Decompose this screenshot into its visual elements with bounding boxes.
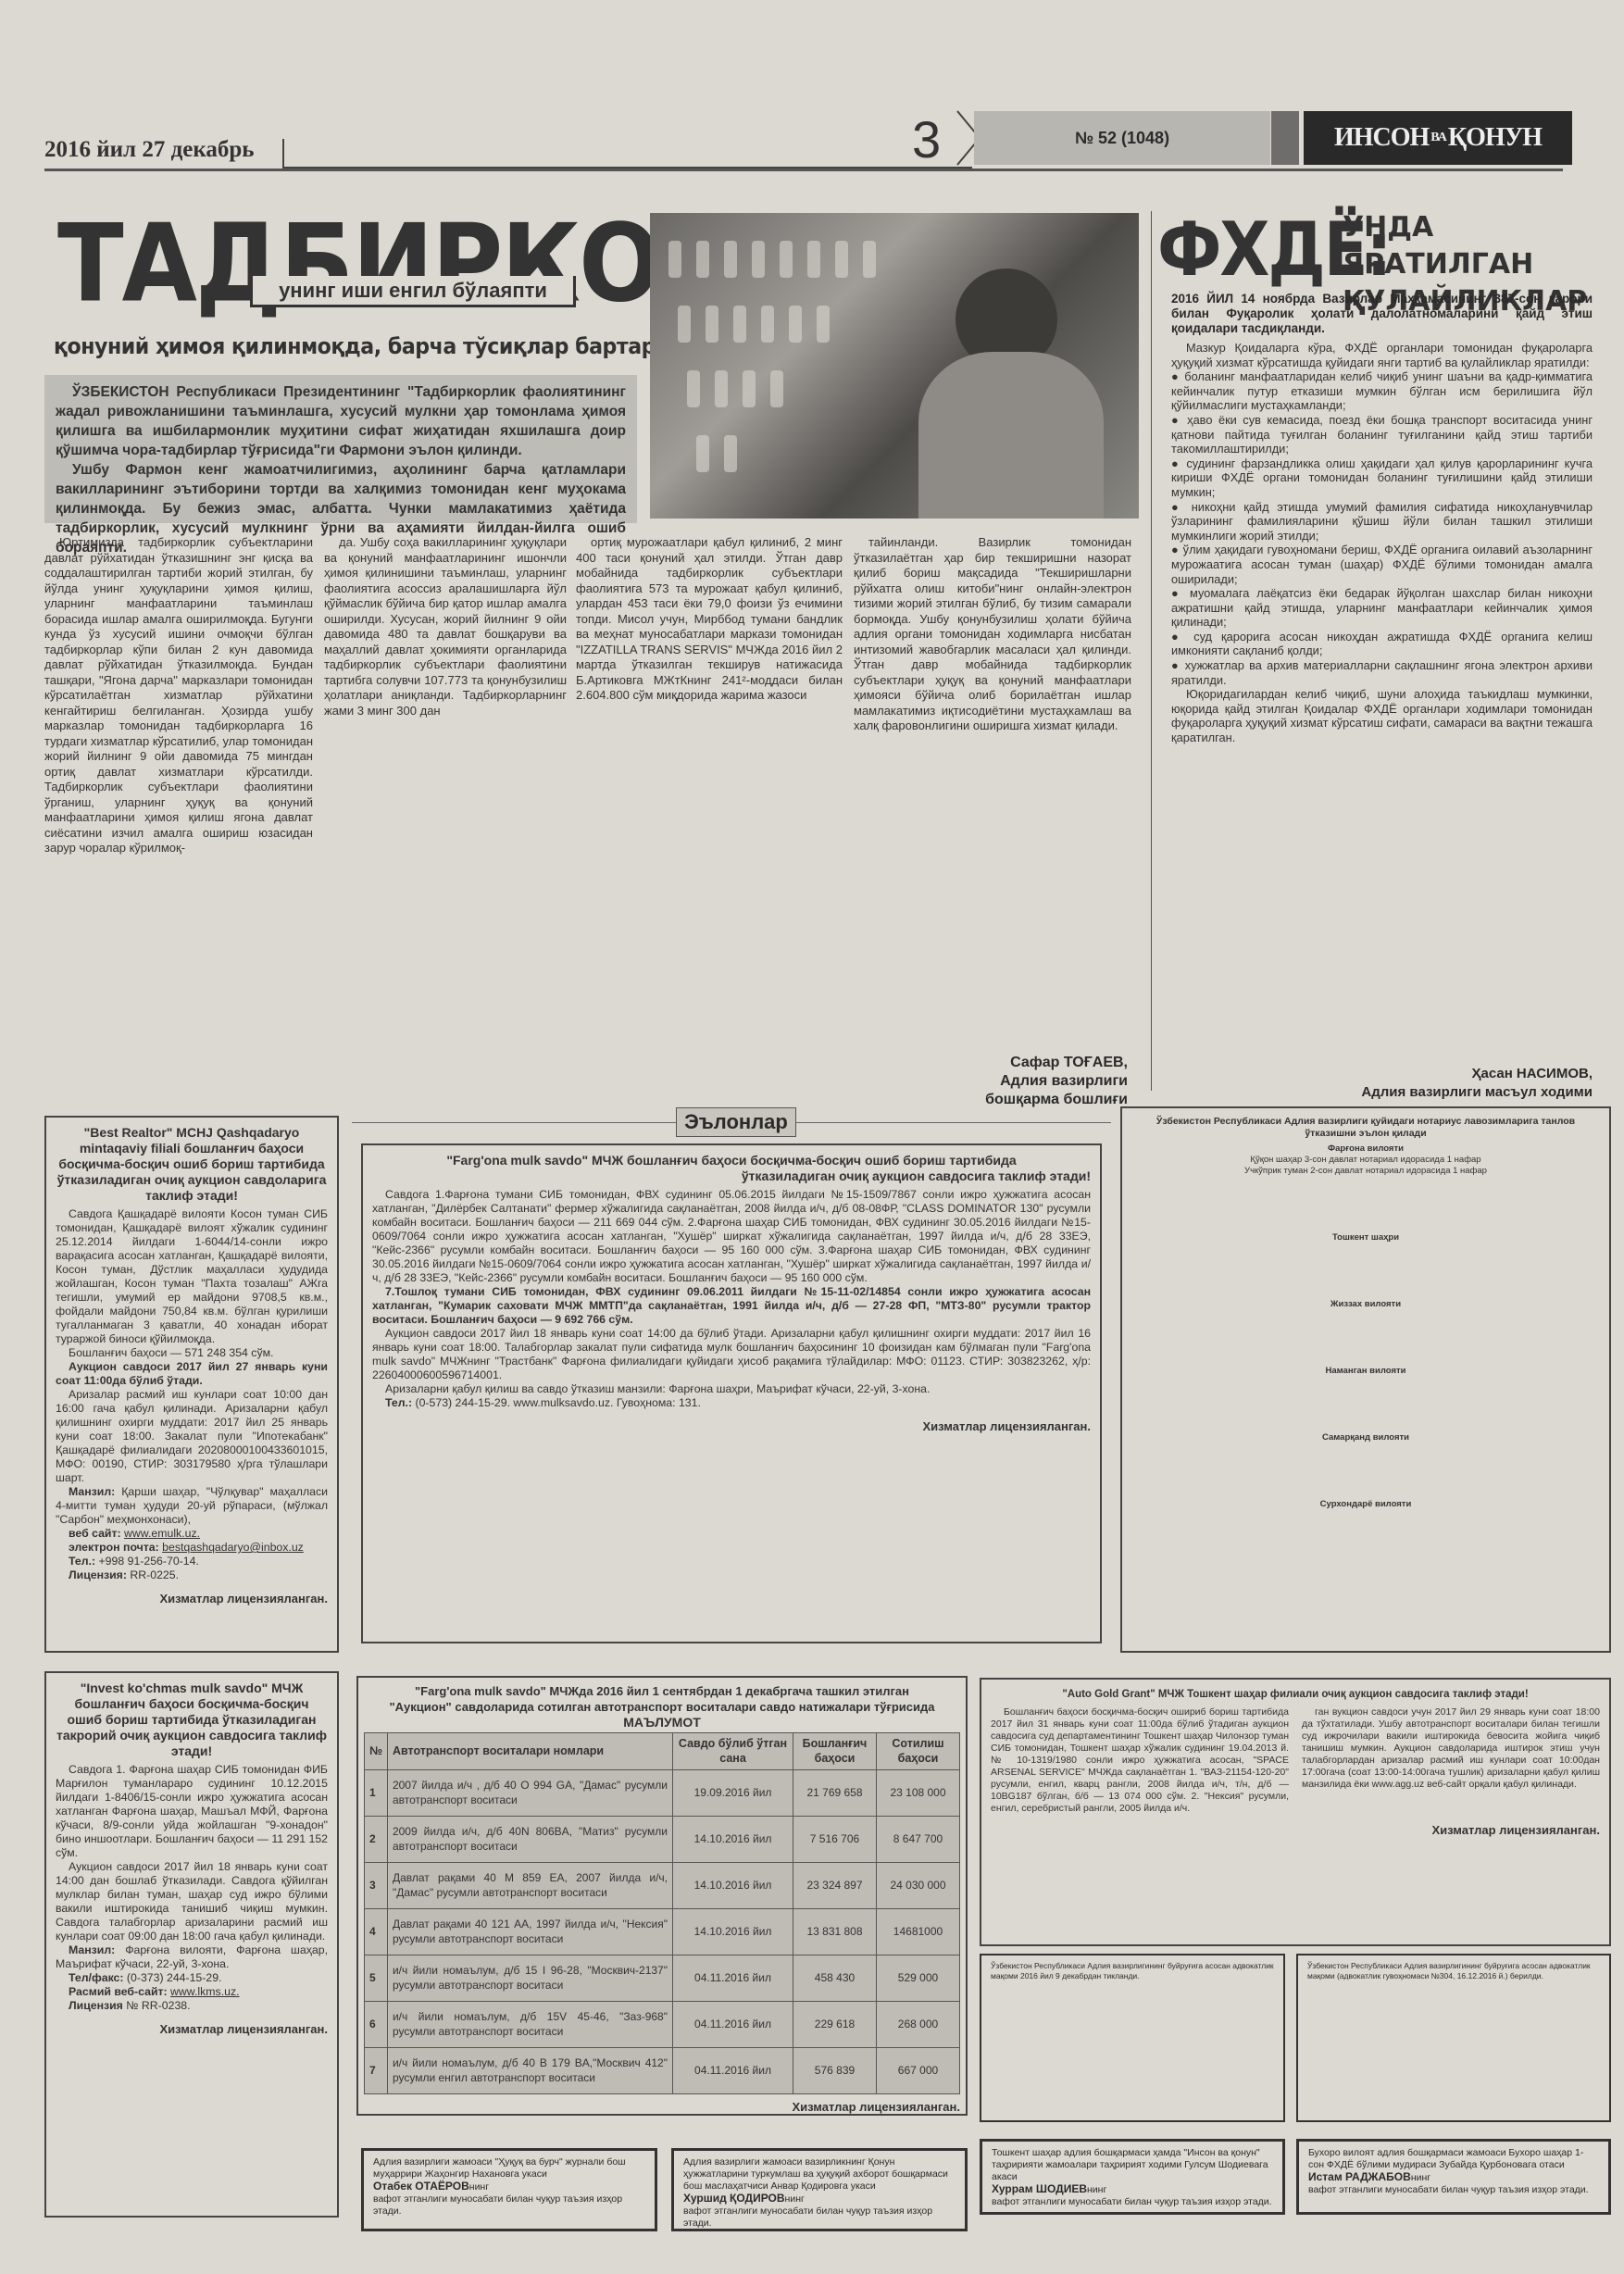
list-item: ● судининг фарзандликка олиш ҳақидаги ҳа… — [1171, 456, 1593, 500]
article-photo-textile-worker — [650, 213, 1139, 519]
table-row: 22009 йилда и/ч, д/б 40N 806BA, "Матиз" … — [365, 1817, 960, 1863]
bullet-text: ҳаво ёки сув кемасида, поезд ёки бошқа т… — [1171, 413, 1593, 456]
region-heading: Сурхондарё вилояти — [1131, 1499, 1600, 1510]
masthead-conjunction: ВА — [1430, 131, 1446, 145]
article-lead: ЎЗБЕКИСТОН Республикаси Президентининг "… — [44, 375, 637, 523]
website-link[interactable]: www.emulk.uz. — [124, 1527, 200, 1540]
masthead-word-1: ИНСОН — [1334, 123, 1429, 153]
column-header: Автотранспорт воситалари номлари — [387, 1733, 672, 1770]
article-subtitle: унинг иши енгил бўлаяпти — [250, 276, 576, 307]
ad-body: Бошланғич баҳоси босқичма-босқич ошириб … — [991, 1706, 1289, 1815]
headline-sub-line-1: УНДА ЯРАТИЛГАН — [1343, 209, 1587, 283]
ad-title: "Farg'ona mulk savdo" МЧЖда 2016 йил 1 с… — [364, 1683, 960, 1699]
table-row: 6и/ч йили номаълум, д/б 15V 45-46, "Заз-… — [365, 2002, 960, 2048]
results-table: № Автотранспорт воситалари номлари Савдо… — [364, 1732, 960, 2094]
side-article-closing: Юқоридагилардан келиб чиқиб, шуни алоҳид… — [1171, 687, 1593, 744]
deceased-name: Отабек ОТАЁРОВ — [373, 2180, 469, 2193]
cell-start-price: 7 516 706 — [793, 1817, 877, 1863]
bullet-icon: ● — [1171, 456, 1186, 470]
condolence-closing: вафот этганлиги муносабати билан чуқур т… — [1308, 2184, 1599, 2196]
cell-name: 2009 йилда и/ч, д/б 40N 806BA, "Матиз" р… — [387, 1817, 672, 1863]
header-bracket-rule — [282, 139, 972, 169]
article-signature: Сафар ТОҒАЕВ, Адлия вазирлиги бошқарма б… — [833, 1054, 1128, 1109]
notary-line: Учкўприк туман 2-сон давлат нотариал идо… — [1131, 1166, 1600, 1177]
ad-price: Бошланғич баҳоси — 571 248 354 сўм. — [56, 1346, 328, 1360]
signature-name: Ҳасан НАСИМОВ, — [1167, 1065, 1593, 1083]
cell-date: 19.09.2016 йил — [673, 1770, 793, 1817]
cell-date: 04.11.2016 йил — [673, 1955, 793, 2002]
ad-body: Савдога Қашқадарё вилояти Косон туман СИ… — [56, 1207, 328, 1346]
region-heading: Наманган вилояти — [1131, 1366, 1600, 1377]
section-rule-right — [796, 1122, 1111, 1123]
table-row: 7и/ч йили номаълум, д/б 40 B 179 BA,"Мос… — [365, 2048, 960, 2094]
region-heading: Фарғона вилояти — [1131, 1143, 1600, 1155]
article-column-4: тайинланди. Вазирлик томонидан ўтказилаё… — [854, 535, 1131, 734]
cell-sold-price: 24 030 000 — [877, 1863, 960, 1909]
ad-notary-competition: Ўзбекистон Республикаси Адлия вазирлиги … — [1120, 1106, 1611, 1653]
column-header: № — [365, 1733, 388, 1770]
header-rule — [44, 169, 1563, 171]
ad-auction-date: Аукцион савдоси 2017 йил 27 январь куни … — [56, 1360, 328, 1388]
license-value: № RR-0238. — [126, 1999, 190, 2012]
notice-advocate-1: Ўзбекистон Республикаси Адлия вазирлигин… — [980, 1954, 1285, 2122]
cell-number: 7 — [365, 2048, 388, 2094]
deceased-name: Хуршид ҚОДИРОВ — [683, 2192, 785, 2205]
article-column-1: Юртимизда тадбиркорлик субъектларини дав… — [44, 535, 313, 856]
name-suffix: нинг — [785, 2193, 805, 2205]
column-header: Бошланғич баҳоси — [793, 1733, 877, 1770]
region-heading: Жиззах вилояти — [1131, 1299, 1600, 1310]
column-2-text: да. Ушбу соҳа вакилларининг ҳуқуқлари ва… — [324, 535, 567, 718]
issue-date: 2016 йил 27 декабрь — [44, 137, 254, 163]
list-item: ● хужжатлар ва архив материалларни сақла… — [1171, 658, 1593, 687]
side-article-signature: Ҳасан НАСИМОВ, Адлия вазирлиги масъул хо… — [1167, 1065, 1593, 1102]
list-item: ● ҳаво ёки сув кемасида, поезд ёки бошқа… — [1171, 413, 1593, 456]
list-item: ● боланинг манфаатларидан келиб чиқиб ун… — [1171, 369, 1593, 413]
bullet-icon: ● — [1171, 500, 1192, 514]
masthead-word-2: ҚОНУН — [1448, 123, 1542, 153]
web-label: Расмий веб-сайт: — [69, 1985, 168, 1998]
bullet-text: хужжатлар ва архив материалларни сақлашн… — [1171, 658, 1593, 687]
signature-name: Сафар ТОҒАЕВ, — [833, 1054, 1128, 1072]
address-label: Манзил: — [69, 1943, 115, 1956]
region-heading: Самарқанд вилояти — [1131, 1432, 1600, 1443]
cell-name: Давлат рақами 40 M 859 EA, 2007 йилда и/… — [387, 1863, 672, 1909]
side-article-body: Мазкур Қоидаларга кўра, ФХДЁ органлари т… — [1171, 341, 1593, 745]
condolence-notice: Адлия вазирлиги жамоаси вазирликнинг Қон… — [671, 2148, 968, 2231]
ad-invest-kochmas-mulk: "Invest ko'chmas mulk savdo" МЧЖ бошланғ… — [44, 1671, 339, 2218]
article-column-3: ортиқ мурожаатлари қабул қилиниб, 2 минг… — [576, 535, 843, 704]
bullet-text: ўлим ҳақидаги гувоҳномани бериш, ФХДЁ ор… — [1171, 543, 1593, 585]
ad-title: "Best Realtor" MCHJ Qashqadaryo mintaqav… — [56, 1125, 328, 1204]
lead-paragraph-1: ЎЗБЕКИСТОН Республикаси Президентининг "… — [56, 382, 626, 460]
licensed-note: Хизматлар лицензияланган. — [364, 2100, 960, 2115]
masthead-accent — [1271, 111, 1299, 165]
condolence-text: Тошкент шаҳар адлия бошқармаси ҳамда "Ин… — [992, 2147, 1273, 2183]
cell-date: 14.10.2016 йил — [673, 1817, 793, 1863]
page-number: 3 — [912, 109, 941, 169]
bullet-icon: ● — [1171, 586, 1190, 600]
phone-value: +998 91-256-70-14. — [98, 1555, 198, 1568]
table-row: 4Давлат рақами 40 121 АА, 1997 йилда и/ч… — [365, 1909, 960, 1955]
ad-title-2: ўтказиладиган очиқ аукцион савдосига так… — [372, 1168, 1091, 1184]
ad-body: Савдога 1. Фарғона шаҳар СИБ томонидан Ф… — [56, 1763, 328, 1860]
email-link[interactable]: bestqashqadaryo@inbox.uz — [162, 1541, 304, 1554]
bullet-text: судининг фарзандликка олиш ҳақидаги ҳал … — [1171, 456, 1593, 499]
cell-sold-price: 14681000 — [877, 1909, 960, 1955]
phone-value: (0-573) 244-15-29. www.mulksavdo.uz. Гув… — [415, 1396, 700, 1409]
ad-body-2: Аукцион савдоси 2017 йил 18 январь куни … — [372, 1327, 1091, 1382]
signature-role: бошқарма бошлиғи — [833, 1091, 1128, 1109]
name-suffix: нинг — [469, 2181, 489, 2193]
web-label: веб сайт: — [69, 1527, 121, 1540]
ad-title: "Invest ko'chmas mulk savdo" МЧЖ бошланғ… — [56, 1681, 328, 1759]
cell-sold-price: 667 000 — [877, 2048, 960, 2094]
cell-sold-price: 268 000 — [877, 2002, 960, 2048]
cell-sold-price: 8 647 700 — [877, 1817, 960, 1863]
cell-start-price: 13 831 808 — [793, 1909, 877, 1955]
notary-line: Қўқон шаҳар 3-сон давлат нотариал идорас… — [1131, 1155, 1600, 1166]
condolence-notice: Адлия вазирлиги жамоаси "Ҳуқуқ ва бурч" … — [361, 2148, 657, 2231]
ad-body-2: ган вукцион савдоси учун 2017 йил 29 янв… — [1302, 1706, 1600, 1791]
issue-number: № 52 (1048) — [974, 111, 1270, 165]
list-item: ● ўлим ҳақидаги гувоҳномани бериш, ФХДЁ … — [1171, 543, 1593, 586]
ad-body-2: Аризалар расмий иш кунлари соат 10:00 да… — [56, 1388, 328, 1485]
cell-start-price: 576 839 — [793, 2048, 877, 2094]
column-3-text: ортиқ мурожаатлари қабул қилиниб, 2 минг… — [576, 535, 843, 704]
list-item: ● никоҳни қайд этишда умумий фамилия сиф… — [1171, 500, 1593, 544]
bullet-list: ● боланинг манфаатларидан келиб чиқиб ун… — [1171, 369, 1593, 687]
table-row: 3Давлат рақами 40 M 859 EA, 2007 йилда и… — [365, 1863, 960, 1909]
bullet-text: муомалага лаёқатсиз ёки бедарак йўқолган… — [1171, 586, 1593, 629]
bullet-icon: ● — [1171, 543, 1183, 556]
notice-advocate-2: Ўзбекистон Республикаси Адлия вазирлигин… — [1296, 1954, 1611, 2122]
region-heading: Тошкент шаҳри — [1131, 1232, 1600, 1243]
cell-number: 4 — [365, 1909, 388, 1955]
ad-fargona-mulk-savdo: "Farg'ona mulk savdo" МЧЖ бошланғич баҳо… — [361, 1143, 1102, 1643]
ad-body-bold: 7.Тошлоқ тумани СИБ томонидан, ФВХ судин… — [372, 1285, 1091, 1327]
address-label: Манзил: — [69, 1485, 115, 1498]
bullet-text: никоҳни қайд этишда умумий фамилия сифат… — [1171, 500, 1593, 543]
licensed-note: Хизматлар лицензияланган. — [56, 2022, 328, 2036]
column-header: Сотилиш баҳоси — [877, 1733, 960, 1770]
ad-title: "Auto Gold Grant" МЧЖ Тошкент шаҳар фили… — [991, 1687, 1600, 1703]
cell-name: и/ч йили номаълум, д/б 15V 45-46, "Заз-9… — [387, 2002, 672, 2048]
signature-role: Адлия вазирлиги — [833, 1072, 1128, 1091]
cell-start-price: 458 430 — [793, 1955, 877, 2002]
website-link[interactable]: www.lkms.uz. — [170, 1985, 239, 1998]
cell-name: и/ч йили номаълум, д/б 15 I 96-28, "Моск… — [387, 1955, 672, 2002]
side-article-headline: ФХДЁ: УНДА ЯРАТИЛГАН ҚУЛАЙЛИКЛАР — [1157, 206, 1391, 281]
cell-start-price: 23 324 897 — [793, 1863, 877, 1909]
ad-title: Ўзбекистон Республикаси Адлия вазирлиги … — [1131, 1116, 1600, 1140]
deceased-name: Истам РАДЖАБОВ — [1308, 2170, 1411, 2183]
condolence-text: Адлия вазирлиги жамоаси вазирликнинг Қон… — [683, 2156, 956, 2193]
phone-label: Тел/факс: — [69, 1971, 124, 1984]
ad-auction-results: "Farg'ona mulk savdo" МЧЖда 2016 йил 1 с… — [356, 1676, 968, 2116]
table-row: 5и/ч йили номаълум, д/б 15 I 96-28, "Мос… — [365, 1955, 960, 2002]
article-column-2: да. Ушбу соҳа вакилларининг ҳуқуқлари ва… — [324, 535, 567, 718]
side-article-intro: Мазкур Қоидаларга кўра, ФХДЁ органлари т… — [1171, 341, 1593, 369]
side-article-lead: 2016 ЙИЛ 14 ноябрда Вазирлар Маҳкамасини… — [1171, 292, 1593, 336]
list-item: ● суд қарорига асосан никоҳдан ажратишда… — [1171, 630, 1593, 658]
ad-title: "Farg'ona mulk savdo" МЧЖ бошланғич баҳо… — [372, 1153, 1091, 1168]
bullet-icon: ● — [1171, 658, 1185, 672]
cell-name: и/ч йили номаълум, д/б 40 B 179 BA,"Моск… — [387, 2048, 672, 2094]
cell-number: 3 — [365, 1863, 388, 1909]
cell-number: 2 — [365, 1817, 388, 1863]
signature-role: Адлия вазирлиги масъул ходими — [1167, 1083, 1593, 1102]
deceased-name: Хуррам ШОДИЕВ — [992, 2182, 1087, 2195]
name-suffix: нинг — [1087, 2184, 1106, 2195]
notice-text: Ўзбекистон Республикаси Адлия вазирлигин… — [991, 1961, 1274, 1981]
column-divider — [1151, 211, 1152, 1091]
cell-start-price: 229 618 — [793, 2002, 877, 2048]
license-value: RR-0225. — [130, 1568, 179, 1581]
licensed-note: Хизматлар лицензияланган. — [991, 1824, 1600, 1836]
cell-number: 5 — [365, 1955, 388, 2002]
condolence-text: Бухоро вилоят адлия бошқармаси жамоаси Б… — [1308, 2147, 1599, 2171]
ad-address: Аризаларни қабул қилиш ва савдо ўтказиш … — [372, 1382, 1091, 1396]
phone-label: Тел.: — [385, 1396, 412, 1409]
cell-date: 14.10.2016 йил — [673, 1863, 793, 1909]
cell-sold-price: 529 000 — [877, 1955, 960, 2002]
condolence-text: Адлия вазирлиги жамоаси "Ҳуқуқ ва бурч" … — [373, 2156, 645, 2180]
ad-body-2: Аукцион савдоси 2017 йил 18 январь куни … — [56, 1860, 328, 1943]
table-header-row: № Автотранспорт воситалари номлари Савдо… — [365, 1733, 960, 1770]
section-label-ads: Эълонлар — [676, 1107, 796, 1137]
notice-text: Ўзбекистон Республикаси Адлия вазирлигин… — [1307, 1961, 1600, 1981]
column-header: Савдо бўлиб ўтган сана — [673, 1733, 793, 1770]
bullet-icon: ● — [1171, 413, 1187, 427]
ad-title-2: "Аукцион" савдоларида сотилган автотранс… — [364, 1699, 960, 1715]
cell-start-price: 21 769 658 — [793, 1770, 877, 1817]
cell-sold-price: 23 108 000 — [877, 1770, 960, 1817]
column-1-text: Юртимизда тадбиркорлик субъектларини дав… — [44, 535, 313, 856]
masthead: ИНСОН ВА ҚОНУН — [1304, 111, 1572, 165]
condolence-closing: вафот этганлиги муносабати билан чуқур т… — [992, 2196, 1273, 2208]
condolence-notice: Тошкент шаҳар адлия бошқармаси ҳамда "Ин… — [980, 2139, 1285, 2215]
bullet-icon: ● — [1171, 630, 1193, 643]
section-rule-left — [352, 1122, 676, 1123]
condolence-closing: вафот этганлиги муносабати билан чуқур т… — [683, 2205, 956, 2230]
cell-name: 2007 йилда и/ч , д/б 40 О 994 GA, "Дамас… — [387, 1770, 672, 1817]
licensed-note: Хизматлар лицензияланган. — [56, 1592, 328, 1606]
name-suffix: нинг — [1411, 2172, 1430, 2183]
cell-date: 14.10.2016 йил — [673, 1909, 793, 1955]
bullet-text: боланинг манфаатларидан келиб чиқиб унин… — [1171, 369, 1593, 412]
list-item: ● муомалага лаёқатсиз ёки бедарак йўқолг… — [1171, 586, 1593, 630]
license-label: Лицензия: — [69, 1568, 127, 1581]
email-label: электрон почта: — [69, 1541, 159, 1554]
cell-date: 04.11.2016 йил — [673, 2048, 793, 2094]
cell-number: 6 — [365, 2002, 388, 2048]
ad-body: Савдога 1.Фарғона тумани СИБ томонидан, … — [372, 1188, 1091, 1285]
article-headline: ТАДБИРКОР — [57, 202, 729, 326]
phone-value: (0-373) 244-15-29. — [127, 1971, 222, 1984]
bullet-icon: ● — [1171, 369, 1184, 383]
ad-title-3: МАЪЛУМОТ — [364, 1715, 960, 1730]
condolence-closing: вафот этганлиги муносабати билан чуқур т… — [373, 2193, 645, 2218]
cell-name: Давлат рақами 40 121 АА, 1997 йилда и/ч,… — [387, 1909, 672, 1955]
licensed-note: Хизматлар лицензияланган. — [372, 1419, 1091, 1433]
license-label: Лицензия — [69, 1999, 123, 2012]
column-4-text: тайинланди. Вазирлик томонидан ўтказилаё… — [854, 535, 1131, 734]
ad-auto-gold-grant: "Auto Gold Grant" МЧЖ Тошкент шаҳар фили… — [980, 1678, 1611, 1946]
cell-date: 04.11.2016 йил — [673, 2002, 793, 2048]
bullet-text: суд қарорига асосан никоҳдан ажратишда Ф… — [1171, 630, 1593, 658]
cell-number: 1 — [365, 1770, 388, 1817]
table-row: 12007 йилда и/ч , д/б 40 О 994 GA, "Дама… — [365, 1770, 960, 1817]
phone-label: Тел.: — [69, 1555, 95, 1568]
condolence-notice: Бухоро вилоят адлия бошқармаси жамоаси Б… — [1296, 2139, 1611, 2215]
ad-best-realtor: "Best Realtor" MCHJ Qashqadaryo mintaqav… — [44, 1116, 339, 1653]
